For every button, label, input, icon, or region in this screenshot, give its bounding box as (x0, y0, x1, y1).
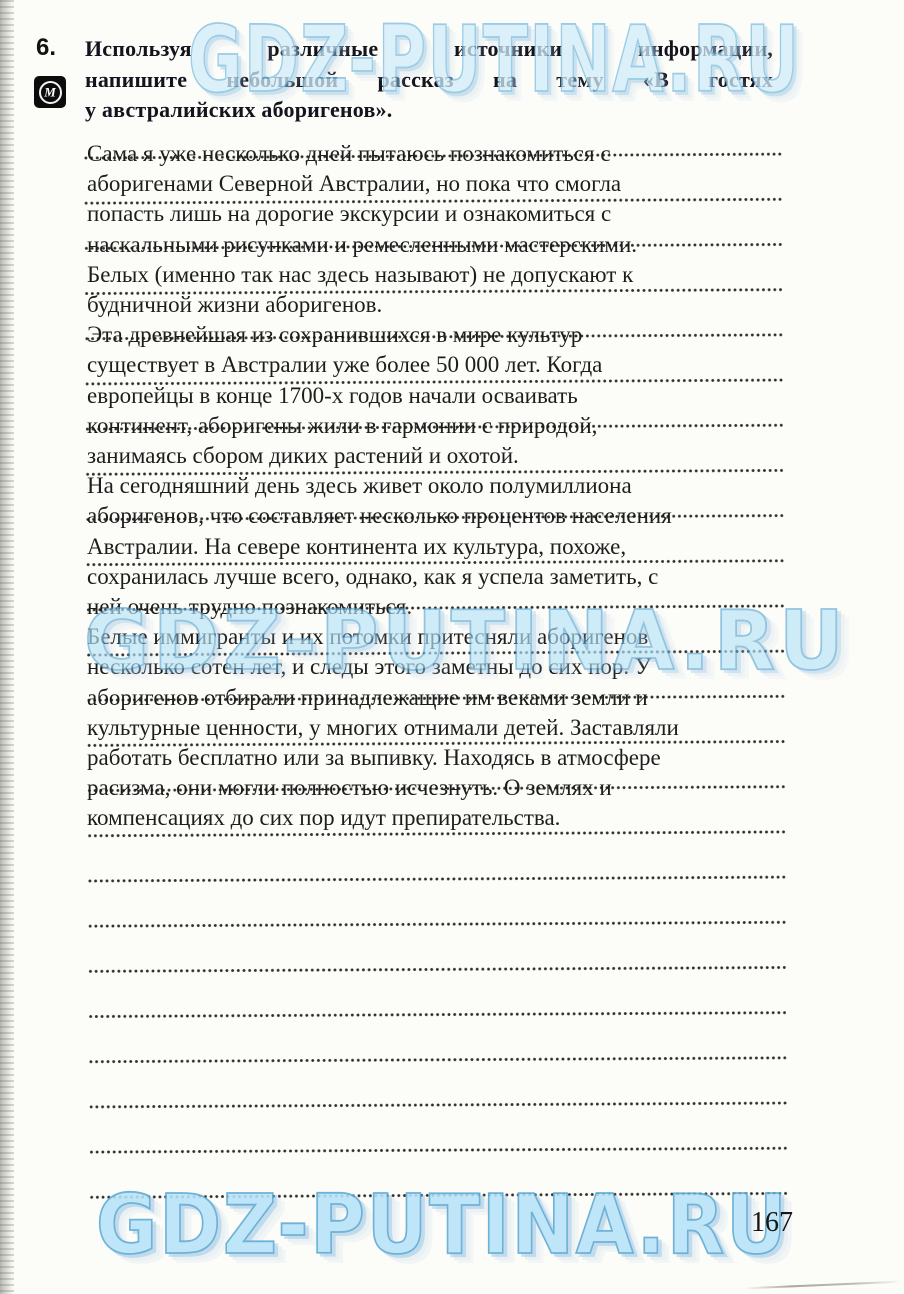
answer-text-line: Австралии. На севере континента их культ… (87, 532, 803, 562)
answer-text-line: континент, аборигены жили в гармонии с п… (87, 411, 803, 441)
answer-text-line: аборигенов, что составляет несколько про… (87, 501, 803, 531)
answer-text-line: несколько сотен лет, и следы этого замет… (87, 652, 803, 682)
workbook-page: 6. М Используя различные источники инфор… (0, 0, 904, 1294)
answer-text-line: европейцы в конце 1700-х годов начали ос… (87, 381, 803, 411)
task-text-line: Используя различные источники информации… (85, 34, 773, 65)
answer-text-line: попасть лишь на дорогие экскурсии и озна… (87, 199, 803, 229)
scan-scratch (744, 1281, 902, 1290)
answer-text-line: На сегодняшний день здесь живет около по… (87, 471, 803, 501)
method-badge-letter: М (44, 85, 56, 98)
answer-text-line: Эта древнейшая из сохранившихся в мире к… (87, 320, 803, 350)
answer-text-line: расизма, они могли полностью исчезнуть. … (87, 773, 803, 803)
method-badge-ring-icon: М (39, 81, 62, 104)
answer-text-line: Сама я уже несколько дней пытаюсь познак… (87, 139, 803, 169)
answer-text-line: аборигенами Северной Австралии, но пока … (87, 169, 803, 199)
answer-text-line: сохранилась лучше всего, однако, как я у… (87, 562, 803, 592)
answer-text-line: культурные ценности, у многих отнимали д… (87, 713, 803, 743)
answer-text-line: компенсациях до сих пор идут препиратель… (87, 803, 803, 833)
answer-text-line: занимаясь сбором диких растений и охотой… (87, 441, 803, 471)
answer-text-line: наскальными рисунками и ремесленными мас… (87, 230, 803, 260)
answer-text-line: работать бесплатно или за выпивку. Наход… (87, 743, 803, 773)
answer-text-line: будничной жизни аборигенов. (87, 290, 803, 320)
task-text: Используя различные источники информации… (85, 34, 773, 126)
task-number: 6. (36, 36, 56, 60)
answer-text-line: существует в Австралии уже более 50 000 … (87, 350, 803, 380)
answer-text: Сама я уже несколько дней пытаюсь познак… (87, 139, 803, 834)
answer-text-line: ней очень трудно познакомиться. (87, 592, 803, 622)
task-text-line: напишите небольшой рассказ на тему «В го… (85, 65, 773, 96)
task-text-line: у австралийских аборигенов». (85, 95, 773, 126)
scan-edge-strip (0, 0, 14, 1294)
page-number: 167 (751, 1209, 793, 1237)
answer-text-line: аборигенов отбирали принадлежащие им век… (87, 683, 803, 713)
answer-text-line: Белых (именно так нас здесь называют) не… (87, 260, 803, 290)
answer-text-line: Белые иммигранты и их потомки притесняли… (87, 622, 803, 652)
method-badge-icon: М (34, 76, 66, 108)
